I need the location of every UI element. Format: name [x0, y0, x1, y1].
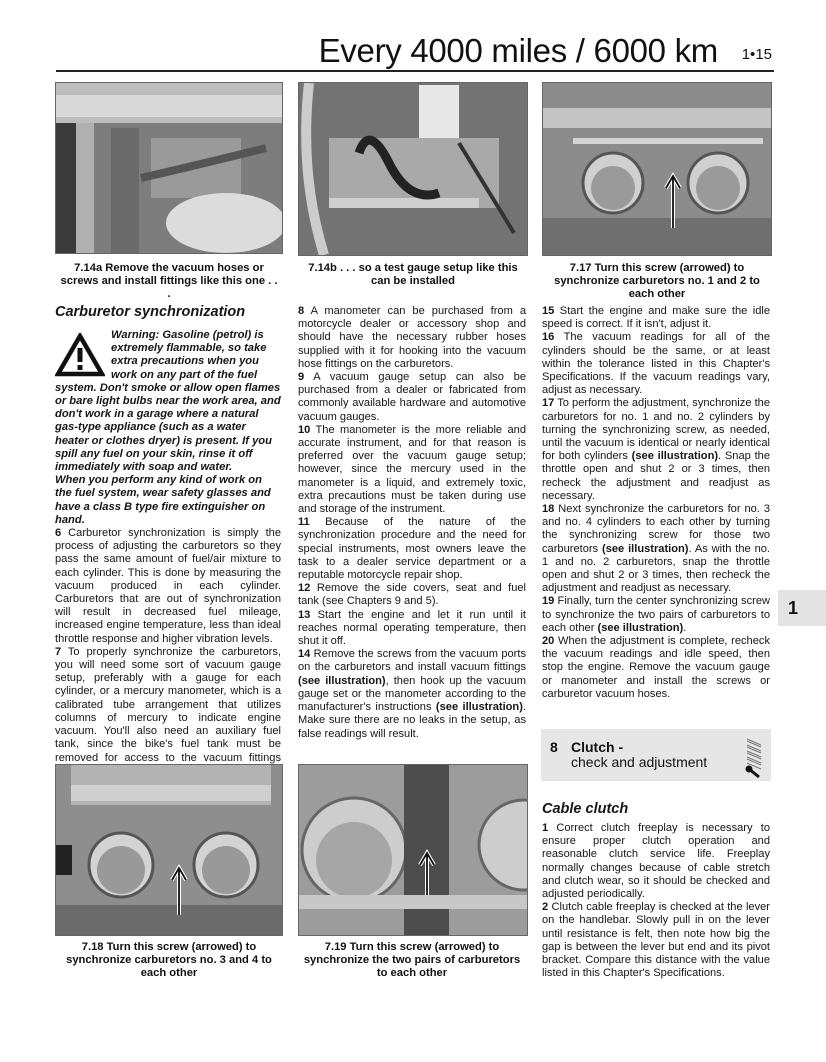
paragraph-15: 15 Start the engine and make sure the id…	[542, 305, 770, 331]
warning-triangle-icon	[55, 333, 105, 377]
paragraph-20: 20 When the adjustment is complete, rech…	[542, 635, 770, 701]
paragraph-11: 11 Because of the nature of the synchron…	[298, 516, 526, 582]
page-header: Every 4000 miles / 6000 km 1•15	[56, 28, 774, 72]
paragraph-8: 8 A manometer can be purchased from a mo…	[298, 305, 526, 371]
paragraph-7: 7 To properly synchronize the carburetor…	[55, 646, 281, 778]
photo-caption-7-19: 7.19 Turn this screw (arrowed) to synchr…	[298, 941, 526, 981]
photo-caption-7-18: 7.18 Turn this screw (arrowed) to synchr…	[58, 941, 280, 981]
paragraph-6: 6 Carburetor synchronization is simply t…	[55, 527, 281, 646]
paragraph-10: 10 The manometer is the more reliable an…	[298, 424, 526, 516]
vacuum-gauge-setup-photo	[299, 83, 527, 255]
photo-7-18	[55, 764, 283, 936]
paragraph-18: 18 Next synchronize the carburetors for …	[542, 503, 770, 595]
photo-caption-7-14a: 7.14a Remove the vacuum hoses or screws …	[58, 262, 280, 302]
clutch-paragraph-1: 1 Correct clutch freeplay is necessary t…	[542, 822, 770, 901]
vacuum-hose-fitting-photo	[56, 83, 282, 253]
paragraph-14: 14 Remove the screws from the vacuum por…	[298, 648, 526, 740]
section-title: Clutch -	[571, 739, 623, 755]
page-number: 1•15	[742, 46, 772, 63]
carburetor-3-4-photo	[56, 765, 282, 935]
photo-7-19	[298, 764, 528, 936]
section-heading-carburetor-synchronization: Carburetor synchronization	[55, 304, 281, 321]
page-title: Every 4000 miles / 6000 km	[319, 32, 718, 70]
column-3-lower: Cable clutch 1 Correct clutch freeplay i…	[542, 801, 770, 980]
section-subtitle: check and adjustment	[571, 754, 707, 770]
section-8-header: 8 Clutch - check and adjustment	[541, 729, 771, 781]
paragraph-17: 17 To perform the adjustment, synchroniz…	[542, 397, 770, 503]
difficulty-wrench-icon	[743, 735, 765, 779]
photo-7-14b	[298, 82, 528, 256]
carburetor-1-2-photo	[543, 83, 771, 255]
center-sync-screw-photo	[299, 765, 527, 935]
photo-7-17	[542, 82, 772, 256]
photo-caption-7-14b: 7.14b . . . so a test gauge setup like t…	[300, 262, 526, 288]
column-3: 15 Start the engine and make sure the id…	[542, 305, 770, 701]
chapter-number: 1	[788, 598, 798, 619]
section-heading-cable-clutch: Cable clutch	[542, 801, 770, 818]
photo-7-14a	[55, 82, 283, 254]
warning-text-2: When you perform any kind of work on the…	[55, 474, 271, 526]
warning-block: Warning: Gasoline (petrol) is extremely …	[55, 329, 281, 527]
paragraph-12: 12 Remove the side covers, seat and fuel…	[298, 582, 526, 608]
column-2: 8 A manometer can be purchased from a mo…	[298, 305, 526, 741]
paragraph-13: 13 Start the engine and let it run until…	[298, 609, 526, 649]
photo-caption-7-17: 7.17 Turn this screw (arrowed) to synchr…	[543, 262, 771, 302]
column-1: Carburetor synchronization Warning: Gaso…	[55, 304, 281, 778]
chapter-tab: 1	[778, 590, 826, 626]
paragraph-19: 19 Finally, turn the center synchronizin…	[542, 595, 770, 635]
paragraph-16: 16 The vacuum readings for all of the cy…	[542, 331, 770, 397]
section-number: 8	[550, 739, 558, 755]
clutch-paragraph-2: 2 Clutch cable freeplay is checked at th…	[542, 901, 770, 980]
paragraph-9: 9 A vacuum gauge setup can also be purch…	[298, 371, 526, 424]
